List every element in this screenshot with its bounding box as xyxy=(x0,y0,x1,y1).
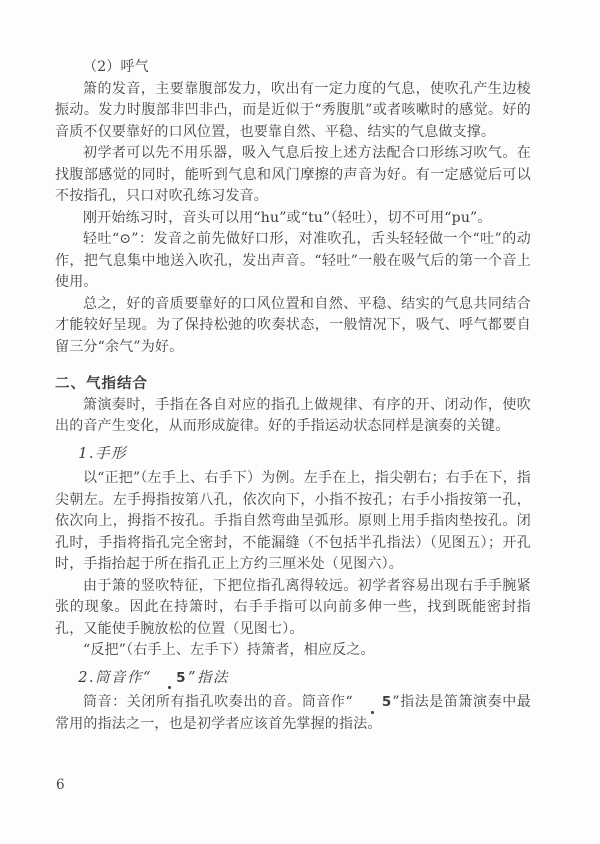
jianpu-low-5-note: 5 xyxy=(353,696,393,710)
document-page: （2）呼气 箫的发音，主要靠腹部发力，吹出有一定力度的气息，使吹孔产生边棱振动。… xyxy=(0,0,600,844)
paragraph-breath-2: 初学者可以先不用乐器，吸入气息后按上述方法配合口形练习吹气。在找腹部感觉的同时，… xyxy=(55,143,531,208)
subheading-tongyin-as-low5: 2.筒音作“5”指法 xyxy=(55,668,531,690)
subheading-tongyin-prefix: 2.筒音作“ xyxy=(78,670,152,686)
paragraph-breath-4: 轻吐“⊙”：发音之前先做好口形，对准吹孔，舌头轻轻做一个“吐”的动作，把气息集中… xyxy=(55,229,531,294)
paragraph-hand-shape-1: 以“正把”（左手上、右手下）为例。左手在上，指尖朝右；右手在下，指尖朝左。左手拇… xyxy=(55,468,531,576)
paragraph-breath-1: 箫的发音，主要靠腹部发力，吹出有一定力度的气息，使吹孔产生边棱振动。发力时腹部非… xyxy=(55,79,531,144)
paragraph-tongyin-prefix: 筒音：关闭所有指孔吹奏出的音。筒音作“ xyxy=(83,694,353,710)
paragraph-breath-5: 总之，好的音质要靠好的口风位置和自然、平稳、结实的气息共同结合才能较好呈现。为了… xyxy=(55,294,531,359)
paragraph-hand-shape-3: “反把”（右手上、左手下）持箫者，相应反之。 xyxy=(55,640,531,662)
section-heading-qi-finger-combination: 二、气指结合 xyxy=(55,373,531,395)
jianpu-low-5-note: 5 xyxy=(152,672,188,686)
page-content: （2）呼气 箫的发音，主要靠腹部发力，吹出有一定力度的气息，使吹孔产生边棱振动。… xyxy=(55,57,531,735)
paragraph-fingers-intro: 箫演奏时，手指在各自对应的指孔上做规律、有序的开、闭动作，使吹出的音产生变化，从… xyxy=(55,395,531,438)
subheading-hand-shape: 1.手形 xyxy=(55,444,531,466)
page-number: 6 xyxy=(56,777,65,793)
paragraph-breath-3: 刚开始练习时，音头可以用“hu”或“tu”（轻吐），切不可用“pu”。 xyxy=(55,208,531,230)
paragraph-tongyin: 筒音：关闭所有指孔吹奏出的音。筒音作“5”指法是笛箫演奏中最常用的指法之一，也是… xyxy=(55,692,531,735)
subsection-heading-exhale: （2）呼气 xyxy=(55,57,531,79)
subheading-tongyin-suffix: ”指法 xyxy=(188,670,229,686)
paragraph-hand-shape-2: 由于箫的竖吹特征，下把位指孔离得较远。初学者容易出现右手手腕紧张的现象。因此在持… xyxy=(55,576,531,641)
